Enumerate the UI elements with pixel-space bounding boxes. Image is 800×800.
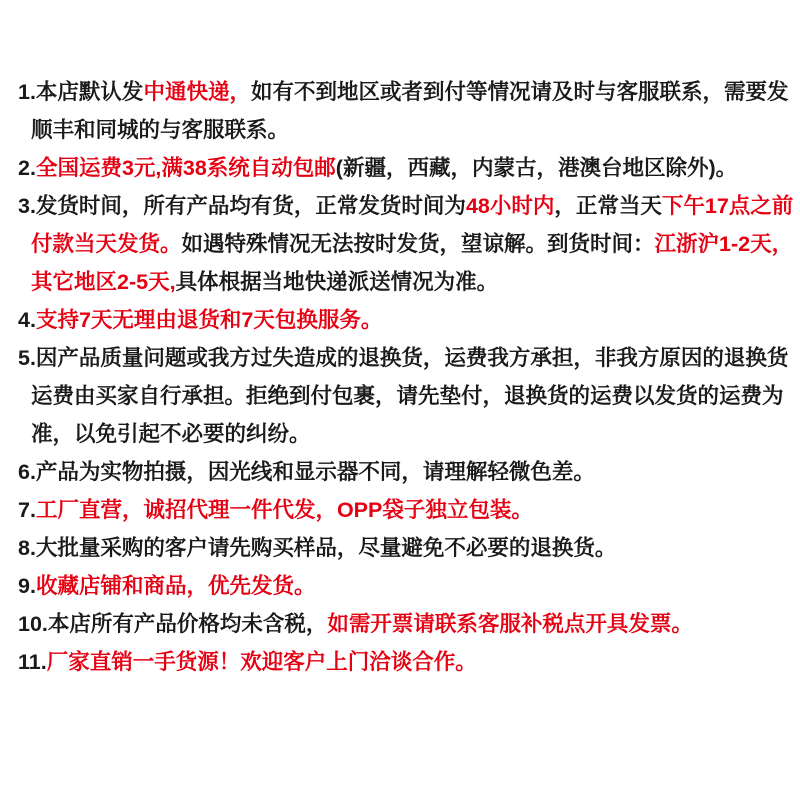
highlighted-text-segment: 江浙沪1-2天，	[655, 232, 794, 256]
highlighted-text-segment: 收藏店铺和商品，优先发货。	[36, 574, 316, 598]
policy-line: 运费由买家自行承担。拒绝到付包裹，请先垫付，退换货的运费以发货的运费为	[18, 377, 778, 415]
text-segment: 2.	[18, 156, 36, 180]
policy-item-11: 11.厂家直销一手货源！欢迎客户上门洽谈合作。	[18, 643, 778, 681]
policy-list: 1.本店默认发中通快递，如有不到地区或者到付等情况请及时与客服联系，需要发顺丰和…	[18, 73, 778, 681]
highlighted-text-segment: 付款当天发货。	[31, 232, 182, 256]
highlighted-text-segment: 其它地区2-5天,	[31, 270, 176, 294]
highlighted-text-segment: 如需开票请联系客服补税点开具发票。	[327, 612, 693, 636]
text-segment: 1.本店默认发	[18, 80, 143, 104]
policy-item-5: 5.因产品质量问题或我方过失造成的退换货，运费我方承担，非我方原因的退换货运费由…	[18, 339, 778, 453]
text-segment: 6.产品为实物拍摄，因光线和显示器不同，请理解轻微色差。	[18, 460, 595, 484]
policy-line: 9.收藏店铺和商品，优先发货。	[18, 567, 778, 605]
text-segment: 准，以免引起不必要的纠纷。	[31, 422, 311, 446]
text-segment: 7.	[18, 498, 36, 522]
highlighted-text-segment: 中通快递，	[143, 80, 251, 104]
highlighted-text-segment: 厂家直销一手货源！欢迎客户上门洽谈合作。	[47, 650, 477, 674]
text-segment: ，正常当天	[554, 194, 662, 218]
text-segment: 9.	[18, 574, 36, 598]
text-segment: 3.发货时间，所有产品均有货，正常发货时间为	[18, 194, 466, 218]
policy-item-3: 3.发货时间，所有产品均有货，正常发货时间为48小时内，正常当天下午17点之前付…	[18, 187, 778, 301]
text-segment: 8.大批量采购的客户请先购买样品，尽量避免不必要的退换货。	[18, 536, 616, 560]
policy-item-1: 1.本店默认发中通快递，如有不到地区或者到付等情况请及时与客服联系，需要发顺丰和…	[18, 73, 778, 149]
text-segment: (新疆，西藏，内蒙古，港澳台地区除外)。	[336, 156, 737, 180]
policy-item-7: 7.工厂直营，诚招代理一件代发，OPP袋子独立包装。	[18, 491, 778, 529]
policy-line: 其它地区2-5天,具体根据当地快递派送情况为准。	[18, 263, 778, 301]
policy-item-4: 4.支持7天无理由退货和7天包换服务。	[18, 301, 778, 339]
policy-line: 7.工厂直营，诚招代理一件代发，OPP袋子独立包装。	[18, 491, 778, 529]
highlighted-text-segment: 全国运费3元,满38系统自动包邮	[36, 156, 336, 180]
highlighted-text-segment: 下午17点之前	[662, 194, 793, 218]
text-segment: 如遇特殊情况无法按时发货，望谅解。到货时间：	[182, 232, 655, 256]
text-segment: 具体根据当地快递派送情况为准。	[176, 270, 499, 294]
highlighted-text-segment: 48小时内	[466, 194, 554, 218]
text-segment: 顺丰和同城的与客服联系。	[31, 118, 289, 142]
policy-item-9: 9.收藏店铺和商品，优先发货。	[18, 567, 778, 605]
text-segment: 10.本店所有产品价格均未含税，	[18, 612, 327, 636]
shop-policy-notice-page: 1.本店默认发中通快递，如有不到地区或者到付等情况请及时与客服联系，需要发顺丰和…	[0, 0, 800, 800]
policy-line: 5.因产品质量问题或我方过失造成的退换货，运费我方承担，非我方原因的退换货	[18, 339, 778, 377]
text-segment: 5.因产品质量问题或我方过失造成的退换货，运费我方承担，非我方原因的退换货	[18, 346, 788, 370]
text-segment: 如有不到地区或者到付等情况请及时与客服联系，需要发	[251, 80, 789, 104]
policy-line: 10.本店所有产品价格均未含税，如需开票请联系客服补税点开具发票。	[18, 605, 778, 643]
policy-item-10: 10.本店所有产品价格均未含税，如需开票请联系客服补税点开具发票。	[18, 605, 778, 643]
policy-line: 4.支持7天无理由退货和7天包换服务。	[18, 301, 778, 339]
highlighted-text-segment: 支持7天无理由退货和7天包换服务。	[36, 308, 382, 332]
policy-item-6: 6.产品为实物拍摄，因光线和显示器不同，请理解轻微色差。	[18, 453, 778, 491]
text-segment: 11.	[18, 650, 47, 674]
policy-line: 8.大批量采购的客户请先购买样品，尽量避免不必要的退换货。	[18, 529, 778, 567]
text-segment: 4.	[18, 308, 36, 332]
policy-line: 顺丰和同城的与客服联系。	[18, 111, 778, 149]
policy-line: 6.产品为实物拍摄，因光线和显示器不同，请理解轻微色差。	[18, 453, 778, 491]
policy-item-2: 2.全国运费3元,满38系统自动包邮(新疆，西藏，内蒙古，港澳台地区除外)。	[18, 149, 778, 187]
policy-line: 付款当天发货。如遇特殊情况无法按时发货，望谅解。到货时间：江浙沪1-2天，	[18, 225, 778, 263]
policy-line: 2.全国运费3元,满38系统自动包邮(新疆，西藏，内蒙古，港澳台地区除外)。	[18, 149, 778, 187]
policy-line: 11.厂家直销一手货源！欢迎客户上门洽谈合作。	[18, 643, 778, 681]
policy-line: 准，以免引起不必要的纠纷。	[18, 415, 778, 453]
text-segment: 运费由买家自行承担。拒绝到付包裹，请先垫付，退换货的运费以发货的运费为	[31, 384, 784, 408]
policy-line: 1.本店默认发中通快递，如有不到地区或者到付等情况请及时与客服联系，需要发	[18, 73, 778, 111]
policy-item-8: 8.大批量采购的客户请先购买样品，尽量避免不必要的退换货。	[18, 529, 778, 567]
policy-line: 3.发货时间，所有产品均有货，正常发货时间为48小时内，正常当天下午17点之前	[18, 187, 778, 225]
highlighted-text-segment: 工厂直营，诚招代理一件代发，OPP袋子独立包装。	[36, 498, 533, 522]
